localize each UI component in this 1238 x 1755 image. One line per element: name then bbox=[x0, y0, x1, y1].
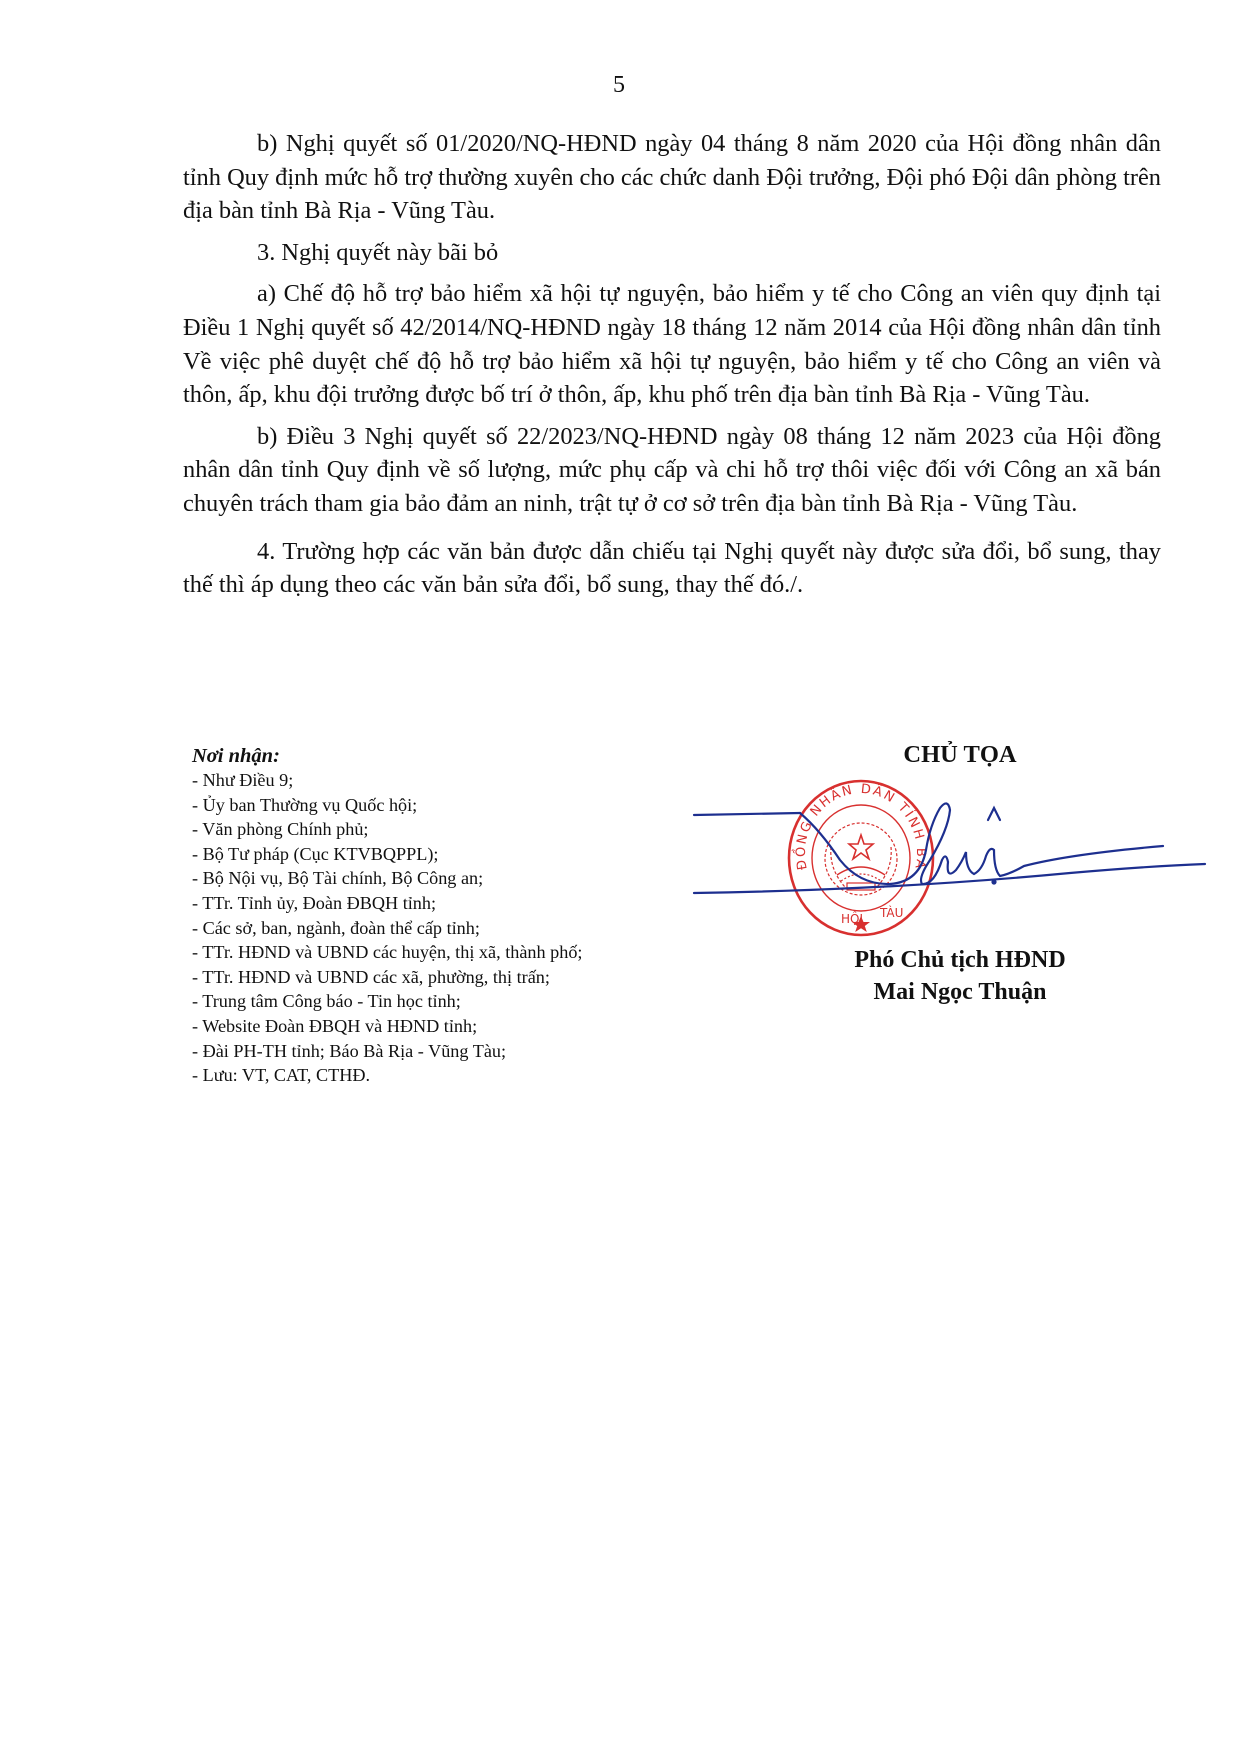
paragraph-4: 4. Trường hợp các văn bản được dẫn chiếu… bbox=[183, 535, 1161, 602]
signature-role: CHỦ TỌA bbox=[800, 740, 1120, 770]
recipient-item: - Bộ Nội vụ, Bộ Tài chính, Bộ Công an; bbox=[192, 866, 712, 891]
paragraph-3-heading: 3. Nghị quyết này bãi bỏ bbox=[183, 236, 1161, 270]
recipient-item: - Trung tâm Công báo - Tin học tỉnh; bbox=[192, 989, 712, 1014]
signature-block: CHỦ TỌA Phó Chủ tịch HĐND Mai Ngọc Thuận bbox=[800, 740, 1120, 770]
recipient-item: - Website Đoàn ĐBQH và HĐND tỉnh; bbox=[192, 1014, 712, 1039]
recipient-item: - Ủy ban Thường vụ Quốc hội; bbox=[192, 793, 712, 818]
paragraph-2b-nq-01-2020: b) Nghị quyết số 01/2020/NQ-HĐND ngày 04… bbox=[183, 127, 1161, 228]
recipient-item: - Văn phòng Chính phủ; bbox=[192, 817, 712, 842]
signature-title-block: Phó Chủ tịch HĐND Mai Ngọc Thuận bbox=[790, 944, 1130, 1008]
paragraph-3b: b) Điều 3 Nghị quyết số 22/2023/NQ-HĐND … bbox=[183, 420, 1161, 521]
recipient-item: - Đài PH-TH tỉnh; Báo Bà Rịa - Vũng Tàu; bbox=[192, 1039, 712, 1064]
signatory-position: Phó Chủ tịch HĐND bbox=[790, 944, 1130, 976]
document-body: b) Nghị quyết số 01/2020/NQ-HĐND ngày 04… bbox=[183, 127, 1161, 608]
recipient-item: - Các sở, ban, ngành, đoàn thể cấp tỉnh; bbox=[192, 916, 712, 941]
signatory-name: Mai Ngọc Thuận bbox=[790, 976, 1130, 1008]
handwritten-signature-icon bbox=[690, 790, 1210, 920]
recipient-item: - TTr. Tỉnh ủy, Đoàn ĐBQH tỉnh; bbox=[192, 891, 712, 916]
page-number: 5 bbox=[0, 72, 1238, 99]
recipients-block: Nơi nhận: - Như Điều 9;- Ủy ban Thường v… bbox=[192, 744, 712, 1088]
recipient-item: - Bộ Tư pháp (Cục KTVBQPPL); bbox=[192, 842, 712, 867]
recipients-list: - Như Điều 9;- Ủy ban Thường vụ Quốc hội… bbox=[192, 768, 712, 1088]
recipient-item: - Lưu: VT, CAT, CTHĐ. bbox=[192, 1063, 712, 1088]
recipient-item: - TTr. HĐND và UBND các xã, phường, thị … bbox=[192, 965, 712, 990]
paragraph-3a: a) Chế độ hỗ trợ bảo hiểm xã hội tự nguy… bbox=[183, 277, 1161, 411]
recipient-item: - Như Điều 9; bbox=[192, 768, 712, 793]
recipient-item: - TTr. HĐND và UBND các huyện, thị xã, t… bbox=[192, 940, 712, 965]
recipients-title: Nơi nhận: bbox=[192, 744, 712, 768]
